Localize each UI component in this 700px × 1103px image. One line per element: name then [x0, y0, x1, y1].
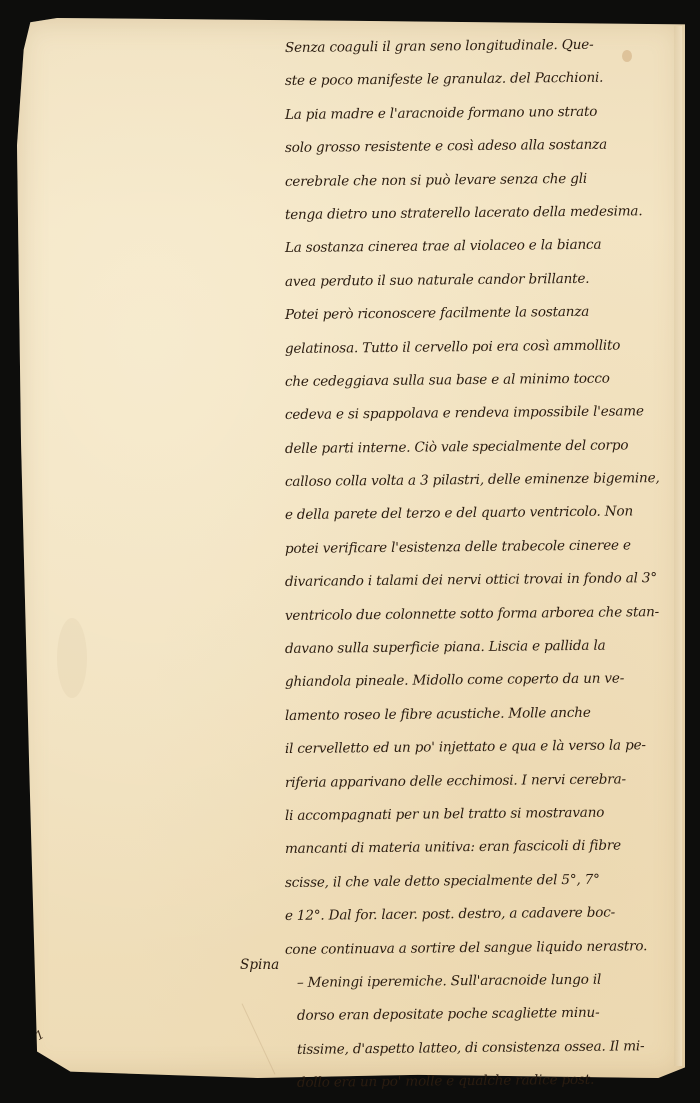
paper-discoloration [57, 618, 87, 698]
text-line: Potei però riconoscere facilmente la sos… [285, 303, 685, 341]
text-line: dorso eran depositate poche scagliette m… [285, 1004, 685, 1042]
text-line: tissime, d'aspetto latteo, di consistenz… [285, 1038, 685, 1076]
text-line: cerebrale che non si può levare senza ch… [285, 169, 685, 207]
text-line: avea perduto il suo naturale candor bril… [285, 270, 685, 308]
text-line: davano sulla superficie piana. Liscia e … [285, 637, 685, 675]
text-line: ghiandola pineale. Midollo come coperto … [285, 670, 685, 708]
text-line: potei verificare l'esistenza delle trabe… [285, 537, 685, 575]
text-line: ste e poco manifeste le granulaz. del Pa… [285, 69, 685, 107]
margin-note-heading: Spina [240, 957, 279, 973]
text-line: li accompagnati per un bel tratto si mos… [285, 804, 685, 842]
text-line: La sostanza cinerea trae al violaceo e l… [285, 236, 685, 274]
text-line: Senza coaguli il gran seno longitudinale… [285, 36, 685, 74]
text-line: gelatinosa. Tutto il cervello poi era co… [285, 336, 685, 374]
text-line: e 12°. Dal for. lacer. post. destro, a c… [285, 904, 685, 942]
text-line: lamento roseo le fibre acustiche. Molle … [285, 704, 685, 742]
text-line: – Meningi iperemiche. Sull'aracnoide lun… [285, 971, 685, 1009]
text-line: tenga dietro uno straterello lacerato de… [285, 203, 685, 241]
text-line: che cedeggiava sulla sua base e al minim… [285, 370, 685, 408]
text-line: mancanti di materia unitiva: eran fascic… [285, 837, 685, 875]
text-line: delle parti interne. Ciò vale specialmen… [285, 436, 685, 474]
text-line: ventricolo due colonnette sotto forma ar… [285, 603, 685, 641]
text-line: riferia apparivano delle ecchimosi. I ne… [285, 770, 685, 808]
text-line: calloso colla volta a 3 pilastri, delle … [285, 470, 685, 508]
text-line: cone continuava a sortire del sangue liq… [285, 937, 685, 975]
text-line: solo grosso resistente e così adeso alla… [285, 136, 685, 174]
scanned-page: Senza coaguli il gran seno longitudinale… [0, 0, 700, 1103]
text-line: e della parete del terzo e del quarto ve… [285, 503, 685, 541]
text-line: divaricando i talami dei nervi ottici tr… [285, 570, 685, 608]
text-line: cedeva e si spappolava e rendeva impossi… [285, 403, 685, 441]
text-line: La pia madre e l'aracnoide formano uno s… [285, 103, 685, 141]
manuscript-text: Senza coaguli il gran seno longitudinale… [285, 40, 685, 1103]
text-line: scisse, il che vale detto specialmente d… [285, 871, 685, 909]
text-line: dollo era un po' molle e qualche radice … [285, 1071, 685, 1103]
text-line: il cervelletto ed un po' injettato e qua… [285, 737, 685, 775]
